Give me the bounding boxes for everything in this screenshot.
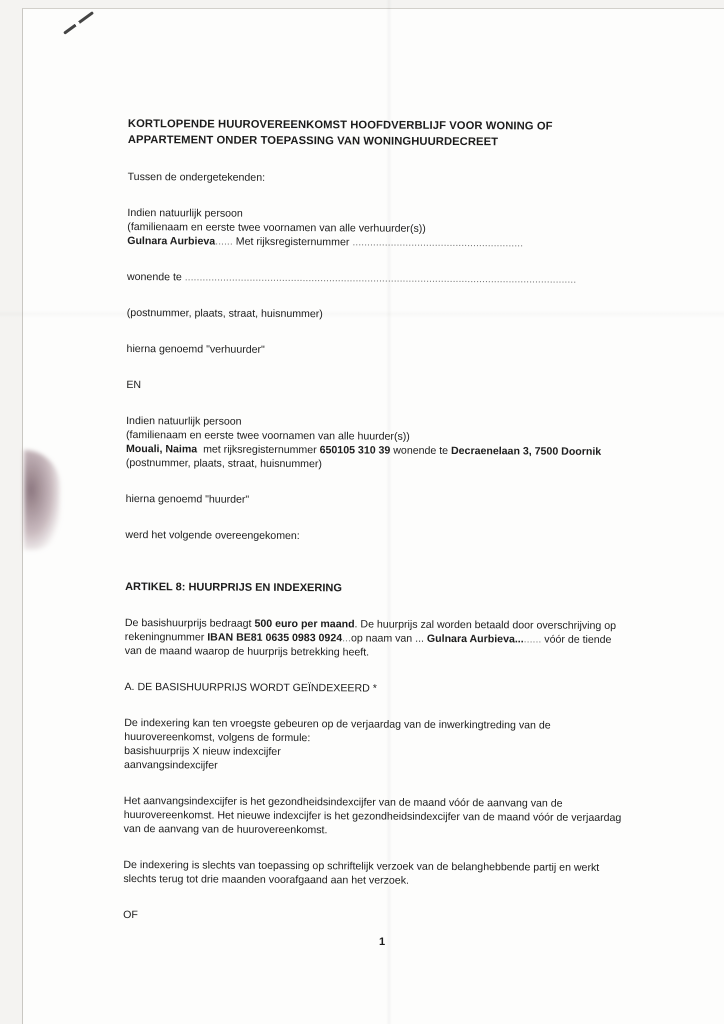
rent-text-3: op naam van ... bbox=[351, 632, 424, 644]
tenant-address-part-2: Doornik bbox=[561, 446, 601, 458]
iban-dots: ... bbox=[342, 632, 351, 644]
landlord-register-label: Met rijksregisternummer bbox=[236, 236, 350, 249]
tenant-register-label: met rijksregisternummer bbox=[203, 443, 317, 456]
tenant-address-part-1: Decraenelaan 3, 7500 bbox=[451, 445, 558, 458]
landlord-residence-label: wonende te bbox=[127, 271, 182, 283]
tenant-address-hint: (postnummer, plaats, straat, huisnummer) bbox=[126, 457, 322, 470]
tenant-name: Mouali, Naima bbox=[126, 443, 197, 455]
tenant-residence-label: wonende te bbox=[393, 445, 448, 457]
payee-name: Gulnara Aurbieva... bbox=[427, 633, 524, 646]
rent-paragraph: De basishuurprijs bedraagt 500 euro per … bbox=[125, 616, 625, 661]
landlord-name: Gulnara Aurbieva bbox=[127, 235, 215, 248]
rent-text-1: De basishuurprijs bedraagt bbox=[125, 617, 255, 630]
iban: IBAN BE81 0635 0983 0924 bbox=[207, 631, 342, 644]
page-number: 1 bbox=[379, 936, 385, 948]
index-definition: Het aanvangsindexcijfer is het gezondhei… bbox=[124, 794, 624, 839]
index-request: De indexering is slechts van toepassing … bbox=[123, 858, 623, 889]
tenant-line: Mouali, Naima met rijksregisternummer 65… bbox=[126, 442, 626, 473]
landlord-register-field: ........................................… bbox=[352, 236, 523, 249]
document-body: KORTLOPENDE HUUROVEREENKOMST HOOFDVERBLI… bbox=[123, 116, 628, 925]
landlord-residence-field: ........................................… bbox=[185, 271, 577, 285]
index-text: De indexering kan ten vroegste gebeuren … bbox=[124, 716, 624, 747]
landlord-name-dots: ...... bbox=[215, 236, 233, 248]
document-title-line-2: APPARTEMENT ONDER TOEPASSING VAN WONINGH… bbox=[128, 132, 628, 151]
tenant-register-number: 650105 310 39 bbox=[320, 444, 391, 456]
rent-amount: 500 euro per maand bbox=[254, 618, 354, 631]
payee-dots: ...... bbox=[524, 633, 542, 645]
